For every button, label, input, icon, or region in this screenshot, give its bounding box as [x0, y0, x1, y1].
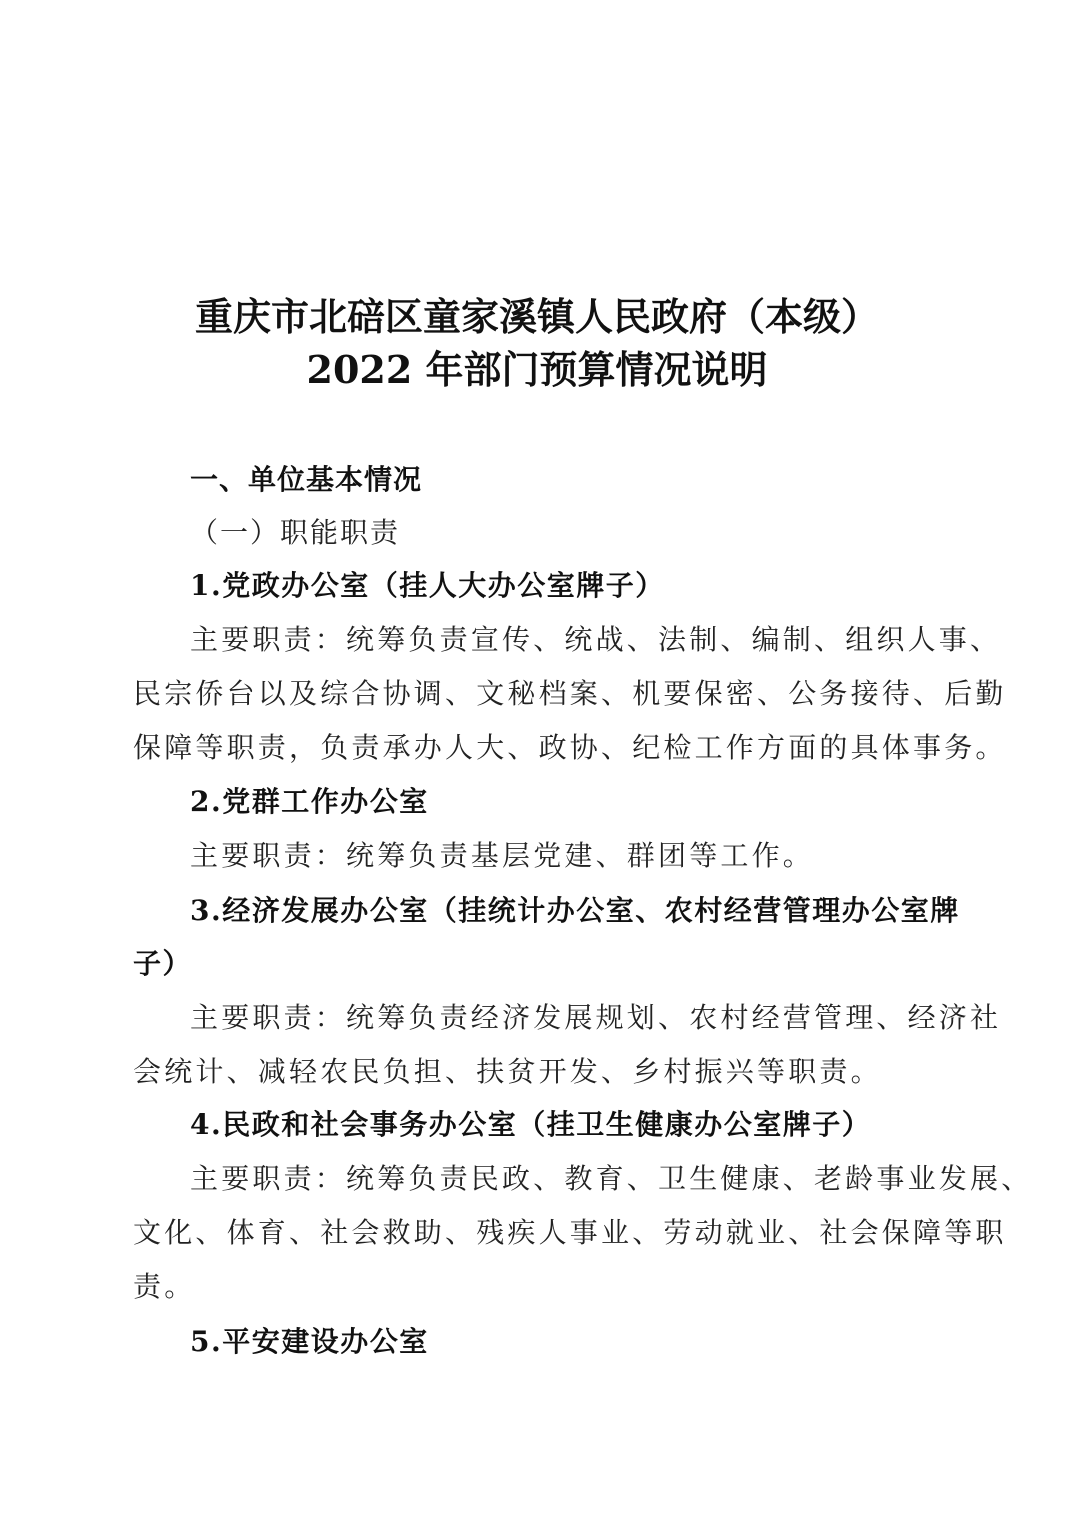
item-4-text-line-1: 主要职责：统筹负责民政、教育、卫生健康、老龄事业发展、 [190, 1161, 1032, 1197]
item-heading-2: 2.党群工作办公室 [190, 784, 429, 820]
document-page: 重庆市北碚区童家溪镇人民政府（本级） 2022 年部门预算情况说明 一、单位基本… [0, 0, 1074, 1520]
item-2-text-line-1: 主要职责：统筹负责基层党建、群团等工作。 [190, 838, 814, 874]
item-heading-3-line-2: 子） [133, 946, 192, 982]
item-1-text-line-2: 民宗侨台以及综合协调、文秘档案、机要保密、公务接待、后勤 [133, 676, 1007, 712]
section-heading-basic-info: 一、单位基本情况 [190, 462, 422, 498]
subsection-heading-functions: （一）职能职责 [190, 515, 400, 551]
document-title-line1: 重庆市北碚区童家溪镇人民政府（本级） [0, 293, 1074, 341]
document-title-line2: 2022 年部门预算情况说明 [0, 346, 1074, 394]
item-4-text-line-2: 文化、体育、社会救助、残疾人事业、劳动就业、社会保障等职 [133, 1215, 1007, 1251]
item-4-text-line-3: 责。 [133, 1269, 195, 1305]
item-heading-1: 1.党政办公室（挂人大办公室牌子） [190, 568, 665, 604]
item-1-text-line-1: 主要职责：统筹负责宣传、统战、法制、编制、组织人事、 [190, 622, 1001, 658]
item-heading-4: 4.民政和社会事务办公室（挂卫生健康办公室牌子） [190, 1107, 871, 1143]
item-heading-5: 5.平安建设办公室 [190, 1324, 429, 1360]
item-heading-3-line-1: 3.经济发展办公室（挂统计办公室、农村经营管理办公室牌 [190, 893, 960, 929]
item-3-text-line-1: 主要职责：统筹负责经济发展规划、农村经营管理、经济社 [190, 1000, 1001, 1036]
item-3-text-line-2: 会统计、减轻农民负担、扶贫开发、乡村振兴等职责。 [133, 1054, 882, 1090]
item-1-text-line-3: 保障等职责，负责承办人大、政协、纪检工作方面的具体事务。 [133, 730, 1007, 766]
